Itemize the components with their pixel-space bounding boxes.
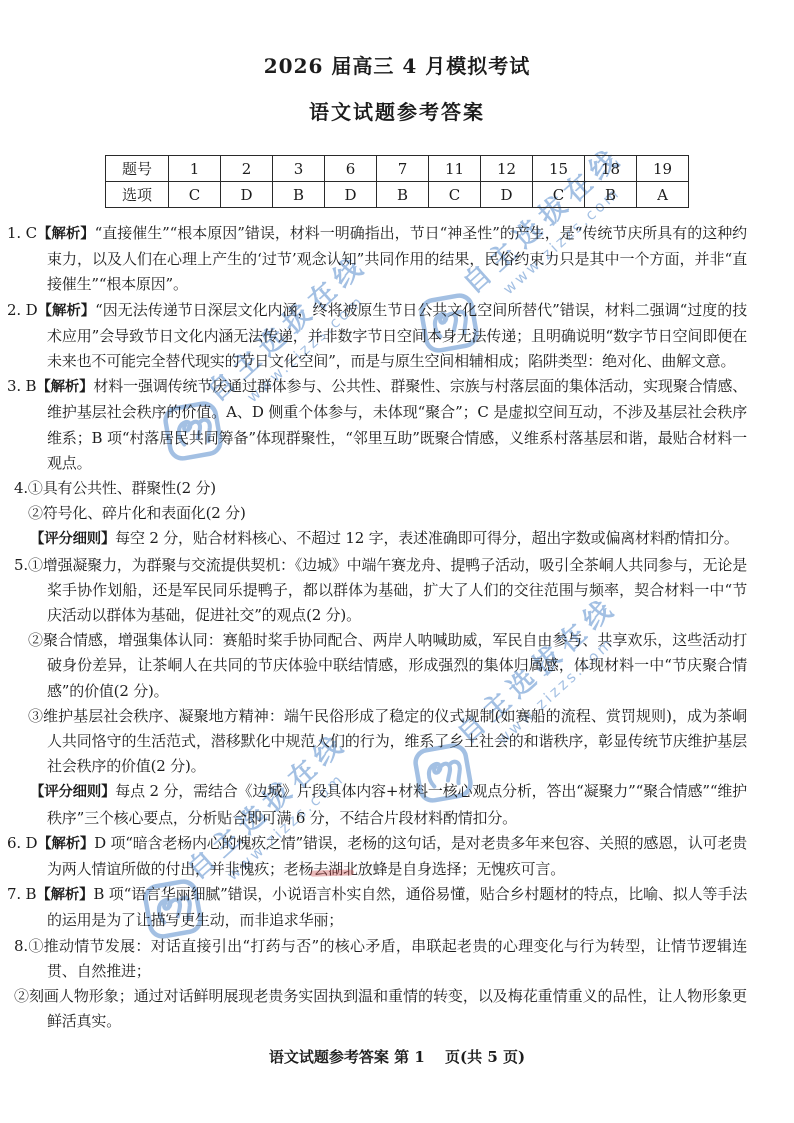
answer-item: ②聚合情感，增强集体认同：赛船时桨手协同配合、两岸人呐喊助威，军民自由参与、共享…: [47, 628, 747, 704]
page-footer: 语文试题参考答案 第 1 页(共 5 页): [0, 1046, 794, 1067]
answer-item: 2. D【解析】“因无法传递节日深层文化内涵，终将被原生节日公共文化空间所替代”…: [47, 298, 747, 375]
answer-item: ②刻画人物形象；通过对话鲜明展现老贵务实固执到温和重情的转变，以及梅花重情重义的…: [47, 984, 747, 1034]
question-number-cell: 7: [377, 156, 429, 182]
answer-item: 8.①推动情节发展：对话直接引出“打药与否”的核心矛盾，串联起老贵的心理变化与行…: [47, 934, 747, 984]
question-number-cell: 12: [481, 156, 533, 182]
answer-sheet-page: 自主选拔在线 www.zizzs.com 自主选拔在线 www.zizzs.co…: [0, 0, 794, 1123]
question-number-cell: 15: [533, 156, 585, 182]
answer-option-cell: B: [273, 182, 325, 208]
answer-option-cell: C: [169, 182, 221, 208]
answer-item: 5.①增强凝聚力，为群聚与交流提供契机：《边城》中端午赛龙舟、提鸭子活动，吸引全…: [47, 553, 747, 629]
page-title: 2026 届高三 4 月模拟考试: [0, 50, 794, 79]
answer-item: 3. B【解析】材料一强调传统节庆通过群体参与、公共性、群聚性、宗族与村落层面的…: [47, 374, 747, 476]
question-number-cell: 6: [325, 156, 377, 182]
answer-item: ③维护基层社会秩序、凝聚地方精神：端午民俗形成了稳定的仪式规制(如赛船的流程、赏…: [47, 704, 747, 780]
question-number-cell: 18: [585, 156, 637, 182]
question-number-cell: 1: [169, 156, 221, 182]
answer-item: ②符号化、碎片化和表面化(2 分): [47, 501, 747, 526]
question-number-row: 题号 123671112151819: [106, 156, 689, 182]
answer-option-cell: C: [429, 182, 481, 208]
answer-option-row: 选项 CDBDBCDCBA: [106, 182, 689, 208]
answer-item: 1. C【解析】“直接催生”“根本原因”错误，材料一明确指出，节日“神圣性”的产…: [47, 221, 747, 298]
answer-item: 4.①具有公共性、群聚性(2 分): [47, 476, 747, 501]
question-number-cell: 11: [429, 156, 481, 182]
page-subtitle: 语文试题参考答案: [0, 96, 794, 125]
answer-option-cell: B: [377, 182, 429, 208]
question-number-cell: 2: [221, 156, 273, 182]
answer-option-cell: B: [585, 182, 637, 208]
answer-option-cell: D: [481, 182, 533, 208]
answer-key-table: 题号 123671112151819 选项 CDBDBCDCBA: [105, 155, 689, 208]
answer-option-cell: D: [325, 182, 377, 208]
question-number-cell: 19: [637, 156, 689, 182]
answer-option-cell: C: [533, 182, 585, 208]
answer-option-cell: D: [221, 182, 273, 208]
answer-item: 7. B【解析】B 项“语言华丽细腻”错误，小说语言朴实自然，通俗易懂，贴合乡村…: [47, 882, 747, 933]
row-label-option: 选项: [106, 182, 169, 208]
answer-item: 6. D【解析】D 项“暗含老杨内心的愧疚之情”错误，老杨的这句话，是对老贵多年…: [47, 831, 747, 882]
answer-item: 【评分细则】每空 2 分，贴合材料核心、不超过 12 字，表述准确即可得分，超出…: [47, 526, 747, 552]
answer-option-cell: A: [637, 182, 689, 208]
question-number-cell: 3: [273, 156, 325, 182]
answer-item: 【评分细则】每点 2 分，需结合《边城》片段具体内容+材料一核心观点分析，答出“…: [47, 779, 747, 830]
row-label-question-number: 题号: [106, 156, 169, 182]
explanation-list: 1. C【解析】“直接催生”“根本原因”错误，材料一明确指出，节日“神圣性”的产…: [47, 221, 747, 1035]
